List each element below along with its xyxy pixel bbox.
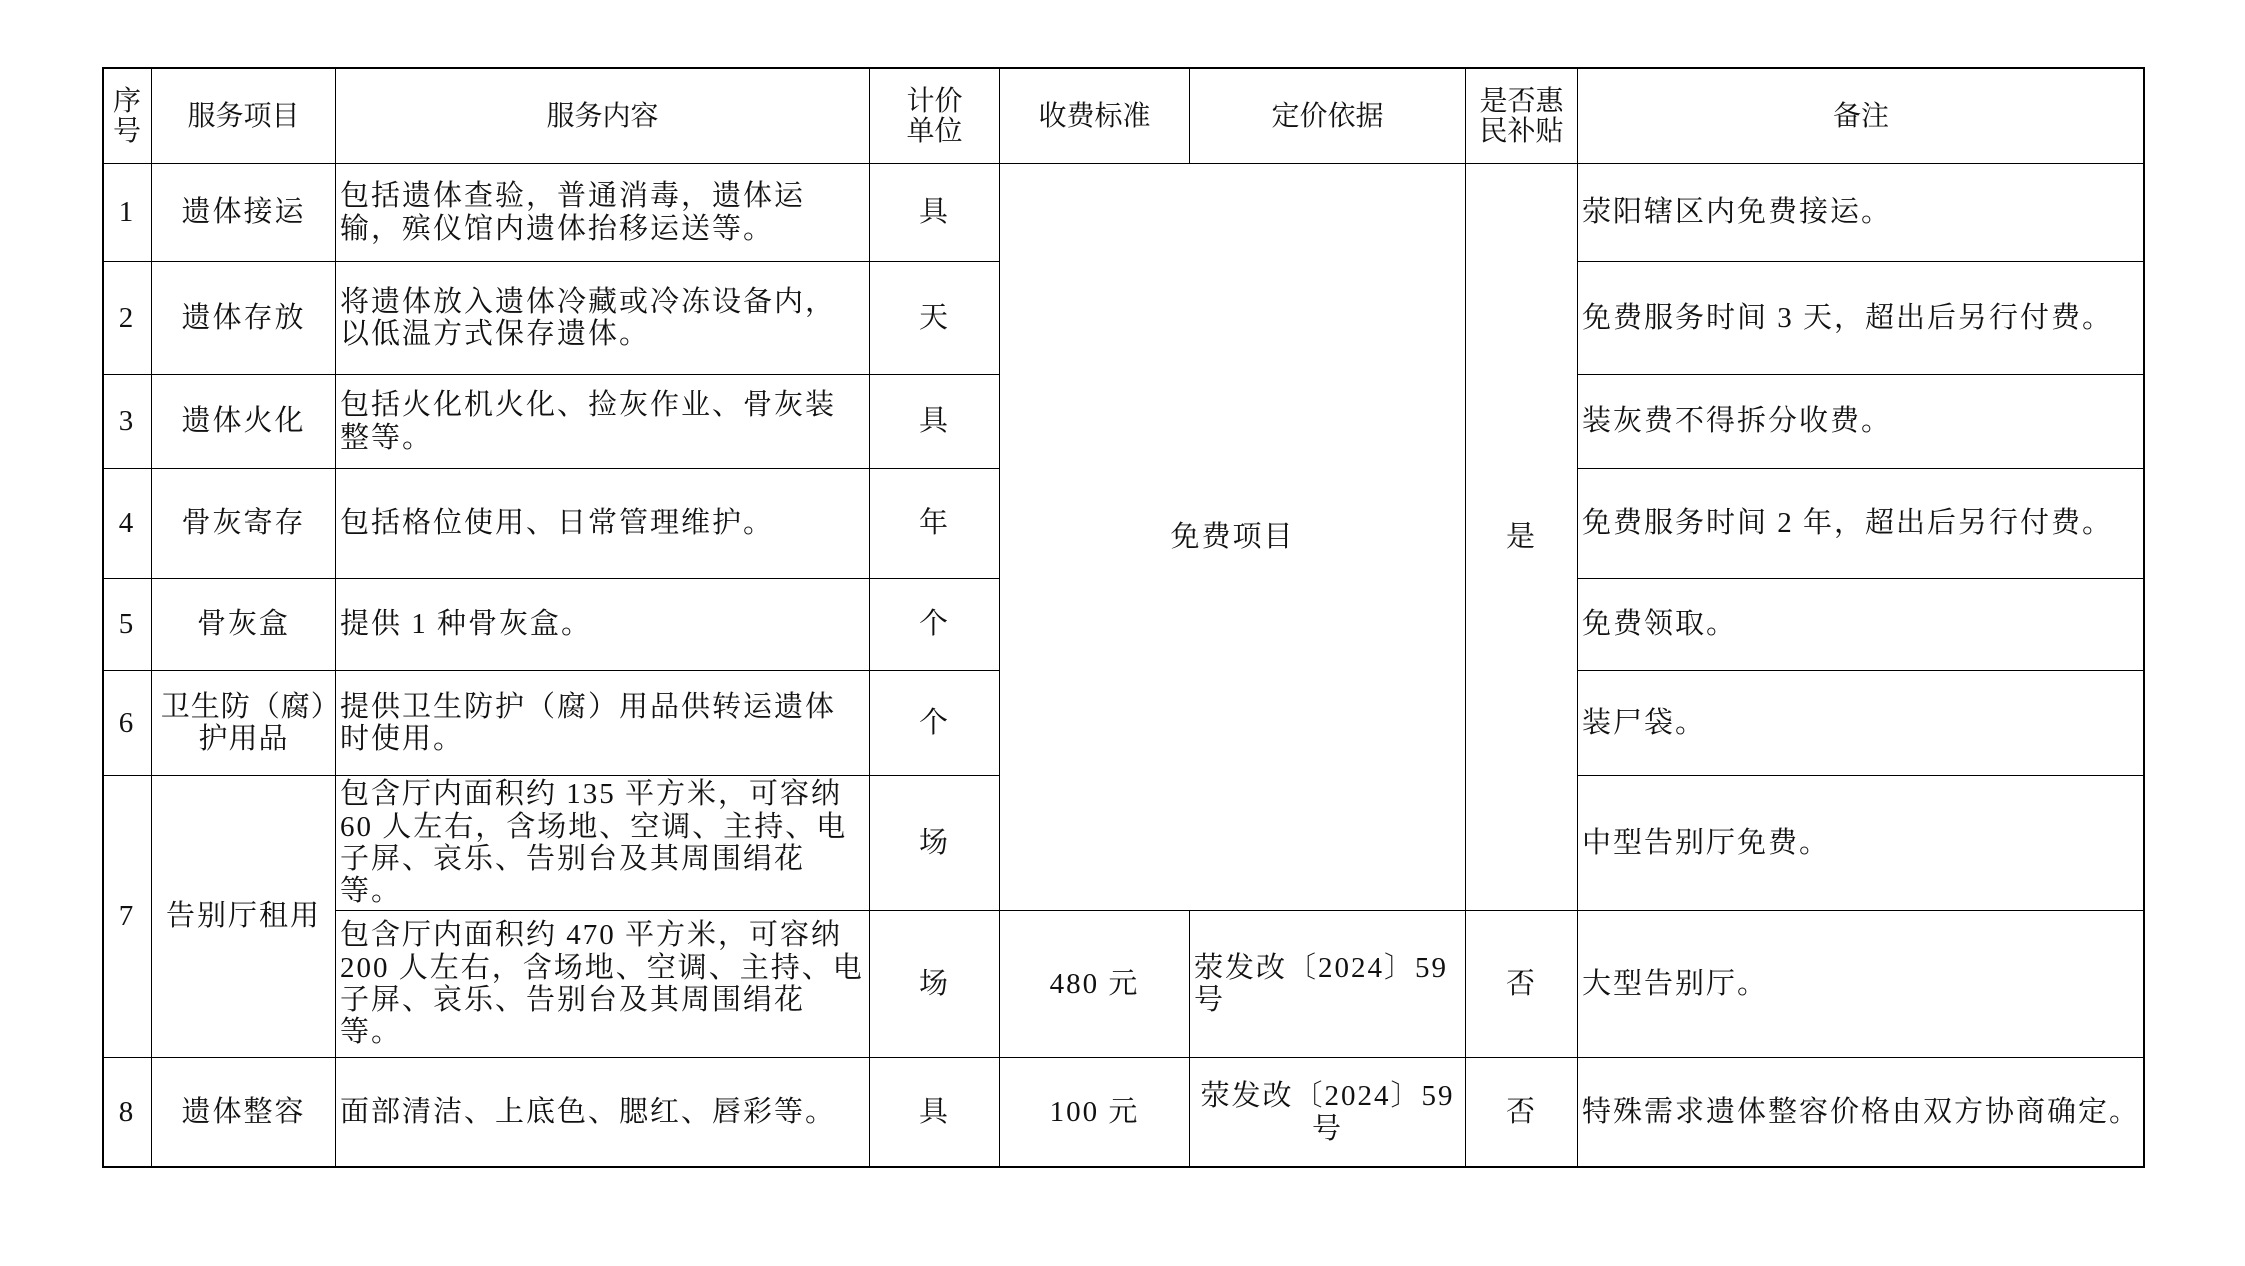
header-basis: 定价依据 xyxy=(1189,67,1466,164)
row-seq-text: 5 xyxy=(119,608,136,640)
row-item: 遗体存放 xyxy=(151,261,336,375)
row-seq-text: 1 xyxy=(119,196,136,228)
row-item-text: 遗体存放 xyxy=(181,302,305,334)
header-subsidy: 是否惠民补贴 xyxy=(1465,67,1578,164)
row-subsidy-text: 否 xyxy=(1506,968,1537,1000)
row-content: 包含厅内面积约 135 平方米，可容纳 60 人左右，含场地、空调、主持、电子屏… xyxy=(335,775,870,911)
row-content: 包括格位使用、日常管理维护。 xyxy=(335,468,870,579)
header-remark: 备注 xyxy=(1577,67,2145,164)
row-content: 包括遗体查验，普通消毒，遗体运输，殡仪馆内遗体抬移运送等。 xyxy=(335,163,870,262)
row-content-text: 提供 1 种骨灰盒。 xyxy=(340,608,592,640)
row-content: 提供卫生防护（腐）用品供转运遗体时使用。 xyxy=(335,670,870,776)
row-seq-text: 8 xyxy=(119,1096,136,1128)
row-seq: 5 xyxy=(102,578,152,671)
row-seq-text: 6 xyxy=(119,707,136,739)
row-content: 将遗体放入遗体冷藏或冷冻设备内，以低温方式保存遗体。 xyxy=(335,261,870,375)
row-item-text: 遗体火化 xyxy=(181,405,305,437)
row-item: 遗体整容 xyxy=(151,1057,336,1168)
row-content-text: 包含厅内面积约 135 平方米，可容纳 60 人左右，含场地、空调、主持、电子屏… xyxy=(340,778,865,908)
row-remark: 装灰费不得拆分收费。 xyxy=(1577,374,2145,469)
row-content-text: 包括格位使用、日常管理维护。 xyxy=(340,507,774,539)
row-seq: 4 xyxy=(102,468,152,579)
row-remark-text: 装灰费不得拆分收费。 xyxy=(1582,405,1892,437)
row-item-text: 卫生防（腐）护用品 xyxy=(154,691,333,756)
header-item-text: 服务项目 xyxy=(187,101,299,130)
row-subsidy: 否 xyxy=(1465,910,1578,1058)
row-unit-text: 年 xyxy=(919,507,950,539)
row-content-text: 提供卫生防护（腐）用品供转运遗体时使用。 xyxy=(340,691,865,756)
row-remark-text: 特殊需求遗体整容价格由双方协商确定。 xyxy=(1582,1096,2140,1128)
row-item-text: 告别厅租用 xyxy=(166,900,321,932)
header-item: 服务项目 xyxy=(151,67,336,164)
row-remark: 装尸袋。 xyxy=(1577,670,2145,776)
row-content: 包括火化机火化、捡灰作业、骨灰装整等。 xyxy=(335,374,870,469)
row-remark: 免费领取。 xyxy=(1577,578,2145,671)
row-item-text: 骨灰盒 xyxy=(197,608,290,640)
header-content-text: 服务内容 xyxy=(546,101,658,130)
row-item-text: 遗体整容 xyxy=(181,1096,305,1128)
row-remark-text: 免费服务时间 2 年，超出后另行付费。 xyxy=(1582,507,2113,539)
row-seq: 1 xyxy=(102,163,152,262)
row-price-text: 480 元 xyxy=(1050,968,1140,1000)
row-unit: 场 xyxy=(869,910,1000,1058)
merged-subsidy-yes-text: 是 xyxy=(1506,521,1537,553)
row-remark: 特殊需求遗体整容价格由双方协商确定。 xyxy=(1577,1057,2145,1168)
row-seq-text: 2 xyxy=(119,302,136,334)
row-unit: 场 xyxy=(869,775,1000,911)
row-subsidy-text: 否 xyxy=(1506,1096,1537,1128)
row-item: 遗体火化 xyxy=(151,374,336,469)
row-remark-text: 荥阳辖区内免费接运。 xyxy=(1582,196,1892,228)
row-remark-text: 免费服务时间 3 天，超出后另行付费。 xyxy=(1582,302,2113,334)
row-unit: 个 xyxy=(869,670,1000,776)
row-unit: 具 xyxy=(869,1057,1000,1168)
row-price: 100 元 xyxy=(999,1057,1190,1168)
row-seq-text: 4 xyxy=(119,507,136,539)
row-seq: 8 xyxy=(102,1057,152,1168)
row-unit-text: 个 xyxy=(919,608,950,640)
header-price-text: 收费标准 xyxy=(1038,101,1150,130)
row-price: 480 元 xyxy=(999,910,1190,1058)
row-seq: 3 xyxy=(102,374,152,469)
row-unit-text: 场 xyxy=(919,968,950,1000)
row-seq: 6 xyxy=(102,670,152,776)
row-item: 卫生防（腐）护用品 xyxy=(151,670,336,776)
header-unit: 计价单位 xyxy=(869,67,1000,164)
row-remark-text: 免费领取。 xyxy=(1582,608,1737,640)
row-unit-text: 个 xyxy=(919,707,950,739)
row-item: 遗体接运 xyxy=(151,163,336,262)
row-basis: 荥发改〔2024〕59号 xyxy=(1189,1057,1466,1168)
row-remark-text: 中型告别厅免费。 xyxy=(1582,827,1830,859)
row-unit: 年 xyxy=(869,468,1000,579)
row-content: 提供 1 种骨灰盒。 xyxy=(335,578,870,671)
header-basis-text: 定价依据 xyxy=(1271,101,1383,130)
row-unit-text: 具 xyxy=(919,1096,950,1128)
row-unit-text: 天 xyxy=(919,302,950,334)
row-seq: 2 xyxy=(102,261,152,375)
row-content: 包含厅内面积约 470 平方米，可容纳 200 人左右，含场地、空调、主持、电子… xyxy=(335,910,870,1058)
fee-table: 序号服务项目服务内容计价单位收费标准定价依据是否惠民补贴备注1遗体接运包括遗体查… xyxy=(0,0,2245,1266)
row-item-text: 遗体接运 xyxy=(181,196,305,228)
row-item: 告别厅租用 xyxy=(151,775,336,1058)
row-content-text: 包含厅内面积约 470 平方米，可容纳 200 人左右，含场地、空调、主持、电子… xyxy=(340,919,865,1049)
row-content-text: 包括遗体查验，普通消毒，遗体运输，殡仪馆内遗体抬移运送等。 xyxy=(340,180,865,245)
row-remark-text: 装尸袋。 xyxy=(1582,707,1706,739)
merged-subsidy-yes: 是 xyxy=(1465,163,1578,911)
row-remark-text: 大型告别厅。 xyxy=(1582,968,1768,1000)
row-unit: 具 xyxy=(869,374,1000,469)
row-price-text: 100 元 xyxy=(1050,1096,1140,1128)
header-seq: 序号 xyxy=(102,67,152,164)
row-content-text: 包括火化机火化、捡灰作业、骨灰装整等。 xyxy=(340,389,865,454)
header-subsidy-text: 是否惠民补贴 xyxy=(1472,86,1571,145)
row-item: 骨灰盒 xyxy=(151,578,336,671)
row-item: 骨灰寄存 xyxy=(151,468,336,579)
header-unit-text: 计价单位 xyxy=(898,86,971,145)
row-unit: 个 xyxy=(869,578,1000,671)
row-remark: 大型告别厅。 xyxy=(1577,910,2145,1058)
row-basis-text: 荥发改〔2024〕59号 xyxy=(1194,1080,1461,1145)
row-seq-text: 7 xyxy=(119,900,136,932)
row-seq-text: 3 xyxy=(119,405,136,437)
header-content: 服务内容 xyxy=(335,67,870,164)
row-basis: 荥发改〔2024〕59号 xyxy=(1189,910,1466,1058)
header-price: 收费标准 xyxy=(999,67,1190,164)
row-unit-text: 场 xyxy=(919,827,950,859)
merged-free-items-text: 免费项目 xyxy=(1170,521,1294,553)
row-content-text: 面部清洁、上底色、腮红、唇彩等。 xyxy=(340,1096,836,1128)
row-basis-text: 荥发改〔2024〕59号 xyxy=(1194,952,1461,1017)
row-seq: 7 xyxy=(102,775,152,1058)
row-unit-text: 具 xyxy=(919,405,950,437)
row-content: 面部清洁、上底色、腮红、唇彩等。 xyxy=(335,1057,870,1168)
header-seq-text: 序号 xyxy=(109,86,145,145)
row-subsidy: 否 xyxy=(1465,1057,1578,1168)
merged-free-items: 免费项目 xyxy=(999,163,1466,911)
row-remark: 中型告别厅免费。 xyxy=(1577,775,2145,911)
header-remark-text: 备注 xyxy=(1833,101,1889,130)
row-remark: 免费服务时间 3 天，超出后另行付费。 xyxy=(1577,261,2145,375)
row-unit-text: 具 xyxy=(919,196,950,228)
row-remark: 荥阳辖区内免费接运。 xyxy=(1577,163,2145,262)
row-item-text: 骨灰寄存 xyxy=(181,507,305,539)
row-unit: 具 xyxy=(869,163,1000,262)
row-content-text: 将遗体放入遗体冷藏或冷冻设备内，以低温方式保存遗体。 xyxy=(340,286,865,351)
row-unit: 天 xyxy=(869,261,1000,375)
row-remark: 免费服务时间 2 年，超出后另行付费。 xyxy=(1577,468,2145,579)
